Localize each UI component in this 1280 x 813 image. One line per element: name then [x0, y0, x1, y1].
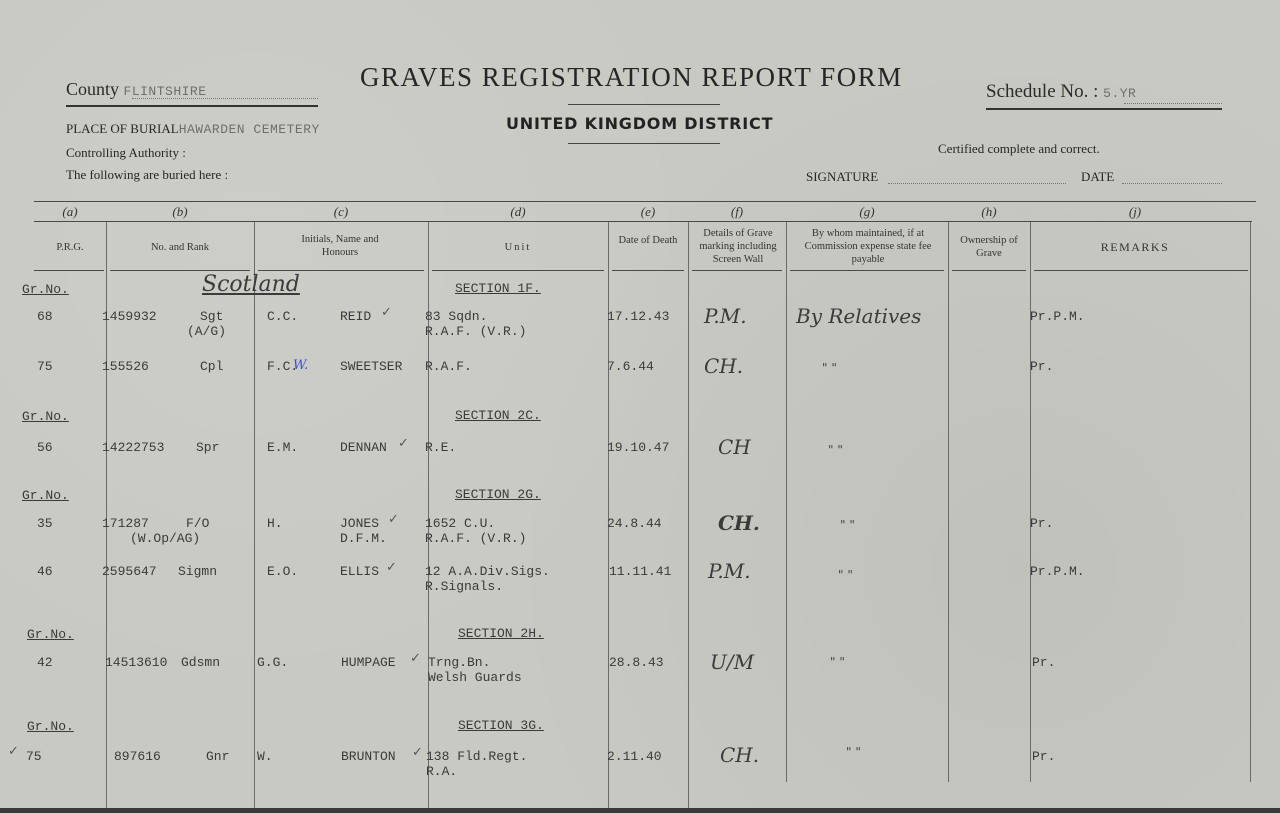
grave-marking: P.M.: [708, 559, 751, 583]
col-divider-end: [1250, 222, 1251, 782]
rank-detail: (A/G): [187, 324, 226, 339]
gr-no-label: Gr.No.: [22, 488, 69, 503]
page-bottom-edge: [0, 808, 1280, 813]
schedule-underline: [986, 108, 1222, 110]
rank-detail: (W.Op/AG): [130, 531, 200, 546]
col-header-prg: P.R.G.: [34, 241, 106, 254]
unit-detail: R.A.: [426, 764, 457, 779]
check-mark-icon: ✓: [412, 744, 423, 760]
rank: Cpl: [200, 359, 223, 374]
col-header-remarks: REMARKS: [1030, 241, 1240, 254]
col-letter-b: (b): [106, 204, 254, 220]
remarks: Pr.P.M.: [1030, 564, 1085, 579]
county-label: County: [66, 79, 119, 99]
gr-no-label: Gr.No.: [27, 719, 74, 734]
grave-number: 46: [37, 564, 53, 579]
header-rule-j: [1034, 270, 1248, 271]
surname: JONES: [340, 516, 379, 531]
place-of-burial-field: PLACE OF BURIALHAWARDEN CEMETERY: [66, 121, 320, 137]
service-number: 14222753: [102, 440, 164, 455]
remarks: Pr.: [1032, 749, 1055, 764]
unit: Trng.Bn.: [428, 655, 490, 670]
col-letter-e: (e): [608, 204, 688, 220]
letters-rule: [34, 221, 1252, 222]
surname: DENNAN: [340, 440, 387, 455]
place-value: HAWARDEN CEMETERY: [179, 122, 320, 137]
surname: HUMPAGE: [341, 655, 396, 670]
surname: ELLIS: [340, 564, 379, 579]
surname: REID: [340, 309, 371, 324]
check-mark-icon: ✓: [8, 743, 19, 759]
col-divider-bc: [254, 222, 255, 812]
remarks: Pr.P.M.: [1030, 309, 1085, 324]
col-divider-gh: [948, 222, 949, 782]
initials: E.O.: [267, 564, 298, 579]
service-number: 171287: [102, 516, 149, 531]
service-number: 2595647: [102, 564, 157, 579]
grave-number: 42: [37, 655, 53, 670]
unit: R.A.F.: [425, 359, 472, 374]
unit: 1652 C.U.: [425, 516, 495, 531]
county-field: County FLINTSHIRE: [66, 79, 207, 100]
unit-detail: Welsh Guards: [428, 670, 522, 685]
header-rule-b: [110, 270, 250, 271]
county-dotted-line: [132, 98, 318, 99]
gr-no-label: Gr.No.: [22, 409, 69, 424]
col-letter-g: (g): [786, 204, 948, 220]
rank: Spr: [196, 440, 219, 455]
col-header-ownership: Ownership of Grave: [955, 234, 1023, 260]
grave-number: 68: [37, 309, 53, 324]
grave-marking: CH.: [704, 354, 743, 378]
col-letter-c: (c): [254, 204, 428, 220]
rank: Gdsmn: [181, 655, 220, 670]
grave-number: 56: [37, 440, 53, 455]
col-header-date-of-death: Date of Death: [616, 234, 680, 247]
date-of-death: 7.6.44: [607, 359, 654, 374]
grave-number: 35: [37, 516, 53, 531]
schedule-dotted-line: [1124, 103, 1222, 104]
header-rule-e: [612, 270, 684, 271]
maintained-by: " ": [846, 745, 861, 759]
county-underline: [66, 105, 318, 107]
handwritten-annotation: Scotland: [202, 272, 300, 297]
date-of-death: 28.8.43: [609, 655, 664, 670]
district-divider: [568, 143, 720, 144]
header-rule-g: [790, 270, 944, 271]
col-header-grave-marking: Details of Grave marking including Scree…: [690, 227, 786, 266]
date-of-death: 17.12.43: [607, 309, 669, 324]
rank: Gnr: [206, 749, 229, 764]
place-label: PLACE OF BURIAL: [66, 121, 179, 136]
rank: Sigmn: [178, 564, 217, 579]
col-letter-j: (j): [1030, 204, 1240, 220]
schedule-label: Schedule No. :: [986, 81, 1098, 102]
check-mark-icon: ✓: [410, 650, 421, 666]
section-heading: SECTION 1F.: [455, 281, 541, 296]
schedule-field: Schedule No. : 5.YR: [986, 81, 1136, 103]
signature-label: SIGNATURE: [806, 169, 878, 185]
initials-addition: W.: [293, 358, 308, 373]
grave-marking: U/M: [710, 650, 754, 674]
section-heading: SECTION 2C.: [455, 408, 541, 423]
maintained-by: " ": [830, 655, 845, 669]
rank: Sgt: [200, 309, 223, 324]
grave-number: 75: [37, 359, 53, 374]
col-letter-h: (h): [948, 204, 1030, 220]
initials: E.M.: [267, 440, 298, 455]
controlling-authority-label: Controlling Authority :: [66, 145, 186, 161]
col-letter-a: (a): [34, 204, 106, 220]
initials: G.G.: [257, 655, 288, 670]
table-top-rule: [34, 201, 1256, 202]
date-of-death: 19.10.47: [607, 440, 669, 455]
check-mark-icon: ✓: [386, 559, 397, 575]
grave-marking: CH: [718, 435, 751, 459]
check-mark-icon: ✓: [381, 304, 392, 320]
col-letter-d: (d): [428, 204, 608, 220]
maintained-by: By Relatives: [796, 304, 921, 328]
col-divider-fg: [786, 222, 787, 782]
col-divider-ef: [688, 222, 689, 812]
honours: D.F.M.: [340, 531, 387, 546]
unit-detail: R.A.F. (V.R.): [425, 324, 526, 339]
signature-line[interactable]: [888, 183, 1066, 184]
grave-number: 75: [26, 749, 42, 764]
header-rule-c: [258, 270, 424, 271]
service-number: 1459932: [102, 309, 157, 324]
check-mark-icon: ✓: [388, 511, 399, 527]
col-letter-f: (f): [688, 204, 786, 220]
col-header-no-rank: No. and Rank: [106, 241, 254, 254]
buried-here-label: The following are buried here :: [66, 167, 228, 183]
unit: 83 Sqdn.: [425, 309, 487, 324]
grave-marking: CH.: [718, 511, 760, 535]
header-rule-h: [952, 270, 1026, 271]
date-label: DATE: [1081, 169, 1114, 185]
col-header-maintained: By whom maintained, if at Commission exp…: [796, 227, 940, 266]
maintained-by: " ": [822, 361, 837, 375]
unit: R.E.: [425, 440, 456, 455]
section-heading: SECTION 2G.: [455, 487, 541, 502]
remarks: Pr.: [1030, 359, 1053, 374]
unit: 12 A.A.Div.Sigs.: [425, 564, 550, 579]
date-of-death: 11.11.41: [609, 564, 671, 579]
col-divider-hj: [1030, 222, 1031, 782]
header-rule-d: [432, 270, 604, 271]
date-of-death: 24.8.44: [607, 516, 662, 531]
district-heading: UNITED KINGDOM DISTRICT: [506, 114, 773, 133]
date-of-death: 2.11.40: [607, 749, 662, 764]
surname: SWEETSER: [340, 359, 402, 374]
form-title: GRAVES REGISTRATION REPORT FORM: [360, 62, 903, 93]
surname: BRUNTON: [341, 749, 396, 764]
title-divider: [568, 104, 720, 105]
initials: W.: [257, 749, 273, 764]
date-line[interactable]: [1122, 183, 1222, 184]
initials: C.C.: [267, 309, 298, 324]
header-rule-f: [692, 270, 782, 271]
header-rule-a: [34, 270, 104, 271]
maintained-by: " ": [840, 518, 855, 532]
rank: F/O: [186, 516, 209, 531]
remarks: Pr.: [1030, 516, 1053, 531]
unit: 138 Fld.Regt.: [426, 749, 527, 764]
check-mark-icon: ✓: [398, 435, 409, 451]
remarks: Pr.: [1032, 655, 1055, 670]
maintained-by: " ": [828, 443, 843, 457]
section-heading: SECTION 2H.: [458, 626, 544, 641]
unit-detail: R.A.F. (V.R.): [425, 531, 526, 546]
schedule-value: 5.YR: [1103, 86, 1136, 101]
gr-no-label: Gr.No.: [27, 627, 74, 642]
grave-marking: CH.: [720, 743, 759, 767]
grave-marking: P.M.: [704, 304, 747, 328]
section-heading: SECTION 3G.: [458, 718, 544, 733]
initials: H.: [267, 516, 283, 531]
col-header-name: Initials, Name and Honours: [290, 233, 390, 259]
gr-no-label: Gr.No.: [22, 282, 69, 297]
unit-detail: R.Signals.: [425, 579, 503, 594]
service-number: 14513610: [105, 655, 167, 670]
service-number: 155526: [102, 359, 149, 374]
certified-label: Certified complete and correct.: [938, 141, 1100, 157]
maintained-by: " ": [838, 568, 853, 582]
col-header-unit: Unit: [428, 241, 608, 254]
service-number: 897616: [114, 749, 161, 764]
county-value: FLINTSHIRE: [124, 84, 207, 99]
